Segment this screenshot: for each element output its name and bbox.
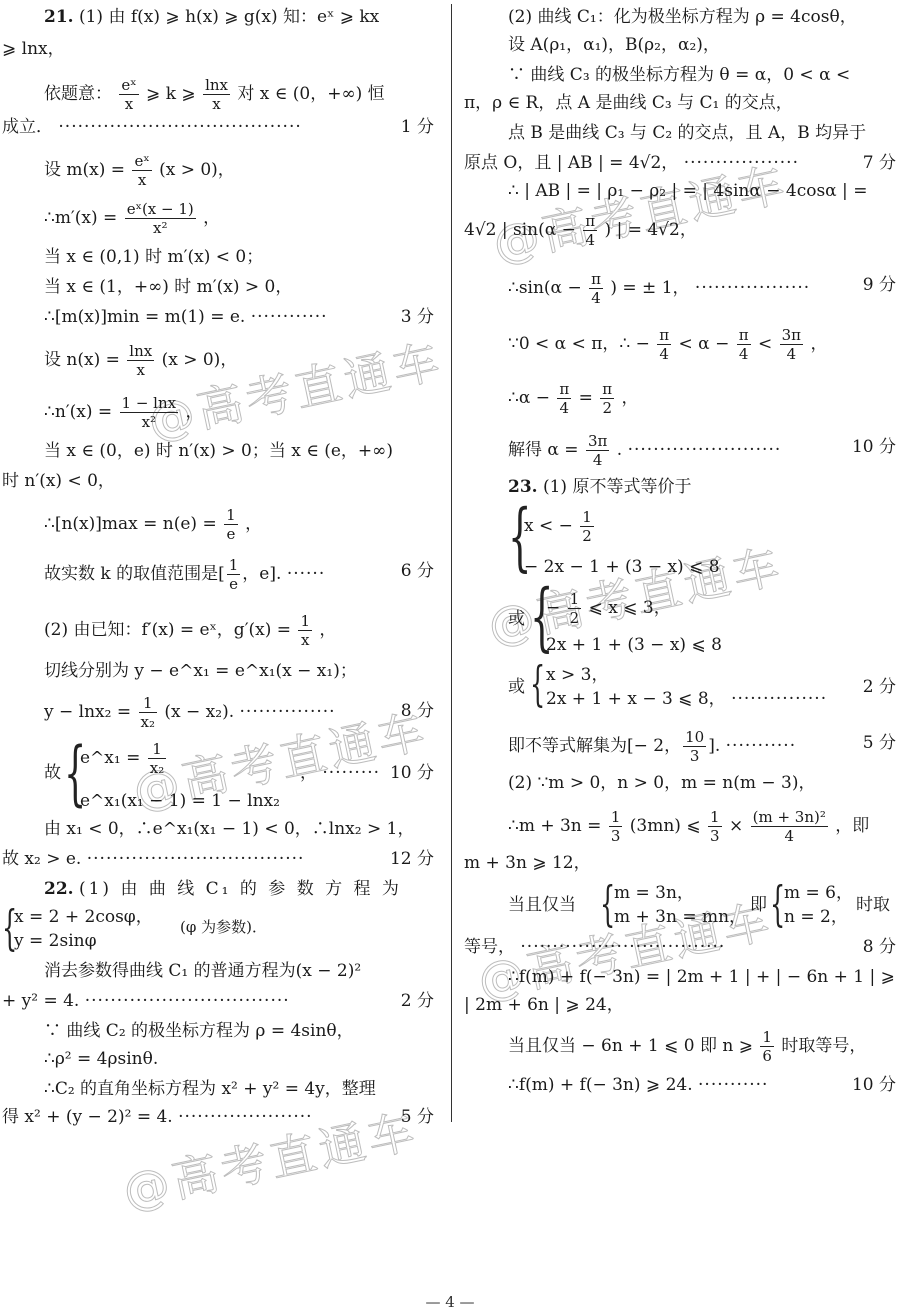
fraction: 16 <box>760 1028 774 1065</box>
score-label: 5 分 <box>863 732 896 754</box>
q23-or-label: 或 <box>508 608 525 630</box>
fraction: lnxx <box>203 76 230 113</box>
score-label: 2 分 <box>401 990 434 1012</box>
fraction: eˣx <box>119 76 138 113</box>
fraction: π4 <box>557 380 571 417</box>
q23-solution-set: 即不等式解集为[− 2，103]. ··········· <box>508 728 796 765</box>
q21-line5: 设 m(x) = eˣx (x > 0)， <box>44 152 235 189</box>
q23-p2-line6: ∴f(m) + f(− 3n) = | 2m + 1 | + | − 6n + … <box>508 966 895 988</box>
q23-p2-line9: ∴f(m) + f(− 3n) ⩾ 24. ··········· <box>508 1074 768 1096</box>
q23-p2-line4-post: 时取 <box>856 894 890 916</box>
q23-p2-sys2b: n = 2， <box>784 906 848 928</box>
q22-p2-line11: ∴α − π4 = π2 ， <box>508 380 639 417</box>
q21-system-eq1: e^x₁ = 1x₂ <box>80 740 168 777</box>
fraction: 1e <box>227 556 241 593</box>
fraction: (m + 3n)²4 <box>751 808 828 845</box>
q22-line4: + y² = 4. ······························… <box>2 990 290 1012</box>
q22-p2-line3: ∵ 曲线 C₃ 的极坐标方程为 θ = α，0 < α < <box>508 64 850 86</box>
q22-p2-line1: (2) 曲线 C₁：化为极坐标方程为 ρ = 4cosθ， <box>508 6 857 28</box>
q23-sysB-eq2: 2x + 1 + (3 − x) ⩽ 8 <box>546 634 722 656</box>
fraction: 12 <box>568 590 582 627</box>
q21-line1: 21. (1) 由 f(x) ⩾ h(x) ⩾ g(x) 知：eˣ ⩾ kx <box>44 6 379 28</box>
q21-line14: ∴[n(x)]max = n(e) = 1e ， <box>44 506 262 543</box>
fraction: π2 <box>600 380 614 417</box>
score-label: 6 分 <box>401 560 434 582</box>
q22-line7: ∴C₂ 的直角坐标方程为 x² + y² = 4y，整理 <box>44 1078 376 1100</box>
q21-line15: 故实数 k 的取值范围是[1e，e]. ······ <box>44 556 325 593</box>
q22-p2-line9: ∴sin(α − π4 ) = ± 1， ·················· <box>508 270 810 307</box>
q23-sysC-eq2: 2x + 1 + x − 3 ⩽ 8， ··············· <box>546 688 827 710</box>
fraction: 13 <box>609 808 623 845</box>
q21-system-eq2: e^x₁(x₁ − 1) = 1 − lnx₂ <box>80 790 280 812</box>
page-number: — 4 — <box>0 1293 900 1311</box>
q23-p2-line7: | 2m + 6n | ⩾ 24， <box>464 994 624 1016</box>
brace: { <box>770 880 785 928</box>
fraction: π4 <box>657 326 671 363</box>
fraction: 103 <box>683 728 706 765</box>
q21-line4: 成立． ····································… <box>2 116 302 138</box>
fraction: π4 <box>737 326 751 363</box>
q23-p2-line8: 当且仅当 − 6n + 1 ⩽ 0 即 n ⩾ 16 时取等号， <box>508 1028 866 1065</box>
q22-line3: 消去参数得曲线 C₁ 的普通方程为(x − 2)² <box>44 960 361 982</box>
q23-sysC-eq1: x > 3， <box>546 664 608 686</box>
q22-p2-line12: 解得 α = 3π4 . ························ <box>508 432 781 469</box>
q21-line9: ∴[m(x)]min = m(1) = e. ············ <box>44 306 328 328</box>
q23-line1: 23. (1) 原不等式等价于 <box>508 476 691 498</box>
q23-sysB-eq1: − 12 ⩽ x ⩽ 3， <box>546 590 671 627</box>
q22-p2-line2: 设 A(ρ₁，α₁)，B(ρ₂，α₂)， <box>508 34 720 56</box>
q22-p2-line10: ∵0 < α < π，∴ − π4 < α − π4 < 3π4 ， <box>508 326 827 363</box>
q23-p2-sys1b: m + 3n = mn， <box>614 906 746 928</box>
q21-line20: 由 x₁ < 0，∴e^x₁(x₁ − 1) < 0，∴lnx₂ > 1， <box>44 818 414 840</box>
q23-p2-sys1a: m = 3n， <box>614 882 694 904</box>
score-label: 3 分 <box>401 306 434 328</box>
q21-line11: ∴n′(x) = 1 − lnxx² ， <box>44 394 203 431</box>
q22-p2-line5: 点 B 是曲线 C₃ 与 C₂ 的交点，且 A，B 均异于 <box>508 122 866 144</box>
q21-line7: 当 x ∈ (0,1) 时 m′(x) < 0； <box>44 246 263 268</box>
q21-line12: 当 x ∈ (0，e) 时 n′(x) > 0；当 x ∈ (e，+∞) <box>44 440 393 462</box>
question-number: 22. <box>44 879 74 899</box>
score-label: 8 分 <box>401 700 434 722</box>
q21-line21: 故 x₂ > e. ······························… <box>2 848 304 870</box>
q21-line17: 切线分别为 y − e^x₁ = e^x₁(x − x₁)； <box>44 660 357 682</box>
q23-p2-line4-mid: 即 <box>750 894 767 916</box>
score-label: 2 分 <box>863 676 896 698</box>
q21-line13: 时 n′(x) < 0， <box>2 470 115 492</box>
score-label: 10 分 <box>852 436 896 458</box>
fraction: 3π4 <box>780 326 803 363</box>
question-number: 21. <box>44 7 74 27</box>
q21-system-label: 故 <box>44 762 61 784</box>
q22-line1: 22. (1) 由 曲 线 C₁ 的 参 数 方 程 为 <box>44 878 402 900</box>
q23-p2-line3: m + 3n ⩾ 12， <box>464 852 591 874</box>
q21-line6: ∴m′(x) = eˣ(x − 1)x² ， <box>44 200 220 237</box>
q23-p2-line2: ∴m + 3n = 13 (3mn) ⩽ 13 × (m + 3n)²4 ，即 <box>508 808 869 845</box>
q23-p2-line1: (2) ∵m > 0，n > 0，m = n(m − 3)， <box>508 772 815 794</box>
q22-line6: ∴ρ² = 4ρsinθ. <box>44 1048 158 1070</box>
fraction: 1 − lnxx² <box>120 394 179 431</box>
fraction: eˣx <box>132 152 151 189</box>
q22-system-note: (φ 为参数)． <box>180 916 267 938</box>
q22-p2-line4: π，ρ ∈ R，点 A 是曲线 C₃ 与 C₁ 的交点， <box>464 92 793 114</box>
q23-p2-line5: 等号， ································ <box>464 936 725 958</box>
q23-p2-line4-pre: 当且仅当 <box>508 894 576 916</box>
score-label: 1 分 <box>401 116 434 138</box>
q22-p2-line8: 4√2 | sin(α − π4 ) | = 4√2， <box>464 212 697 249</box>
score-label: 10 分 <box>390 762 434 784</box>
q23-p2-sys2a: m = 6， <box>784 882 853 904</box>
q21-line3: 依题意： eˣx ⩾ k ⩾ lnxx 对 x ∈ (0，+∞) 恒 <box>44 76 385 113</box>
q22-line8: 得 x² + (y − 2)² = 4. ···················… <box>2 1106 313 1128</box>
q23-sysA-eq1: x < − 12 <box>524 508 596 545</box>
fraction: 1x₂ <box>148 740 166 777</box>
fraction: eˣ(x − 1)x² <box>125 200 196 237</box>
q21-line10: 设 n(x) = lnxx (x > 0)， <box>44 342 237 379</box>
q23-or-label: 或 <box>508 676 525 698</box>
fraction: 1x₂ <box>139 694 157 731</box>
fraction: 3π4 <box>586 432 609 469</box>
q22-p2-line6: 原点 O，且 | AB | = 4√2， ·················· <box>464 152 799 174</box>
q22-system-eq2: y = 2sinφ <box>14 930 97 952</box>
fraction: π4 <box>589 270 603 307</box>
fraction: 1e <box>224 506 238 543</box>
fraction: 13 <box>708 808 722 845</box>
brace: { <box>530 660 545 708</box>
fraction: 12 <box>580 508 594 545</box>
fraction: π4 <box>583 212 597 249</box>
score-label: 8 分 <box>863 936 896 958</box>
score-label: 12 分 <box>390 848 434 870</box>
score-label: 9 分 <box>863 274 896 296</box>
brace: { <box>600 880 615 928</box>
score-label: 10 分 <box>852 1074 896 1096</box>
score-label: 5 分 <box>401 1106 434 1128</box>
q22-p2-line7: ∴ | AB | = | ρ₁ − ρ₂ | = | 4sinα − 4cosα… <box>508 180 867 202</box>
q22-line5: ∵ 曲线 C₂ 的极坐标方程为 ρ = 4sinθ， <box>44 1020 354 1042</box>
q21-line2: ⩾ lnx， <box>2 38 65 60</box>
q21-system-post: ， ········· <box>300 762 380 784</box>
fraction: lnxx <box>127 342 154 379</box>
fraction: 1x <box>298 612 312 649</box>
column-divider <box>451 4 452 1122</box>
q22-system-eq1: x = 2 + 2cosφ， <box>14 906 153 928</box>
score-label: 7 分 <box>863 152 896 174</box>
q21-line16: (2) 由已知：f′(x) = eˣ，g′(x) = 1x ， <box>44 612 336 649</box>
q21-line18: y − lnx₂ = 1x₂ (x − x₂). ··············· <box>44 694 336 731</box>
q21-line8: 当 x ∈ (1，+∞) 时 m′(x) > 0， <box>44 276 292 298</box>
